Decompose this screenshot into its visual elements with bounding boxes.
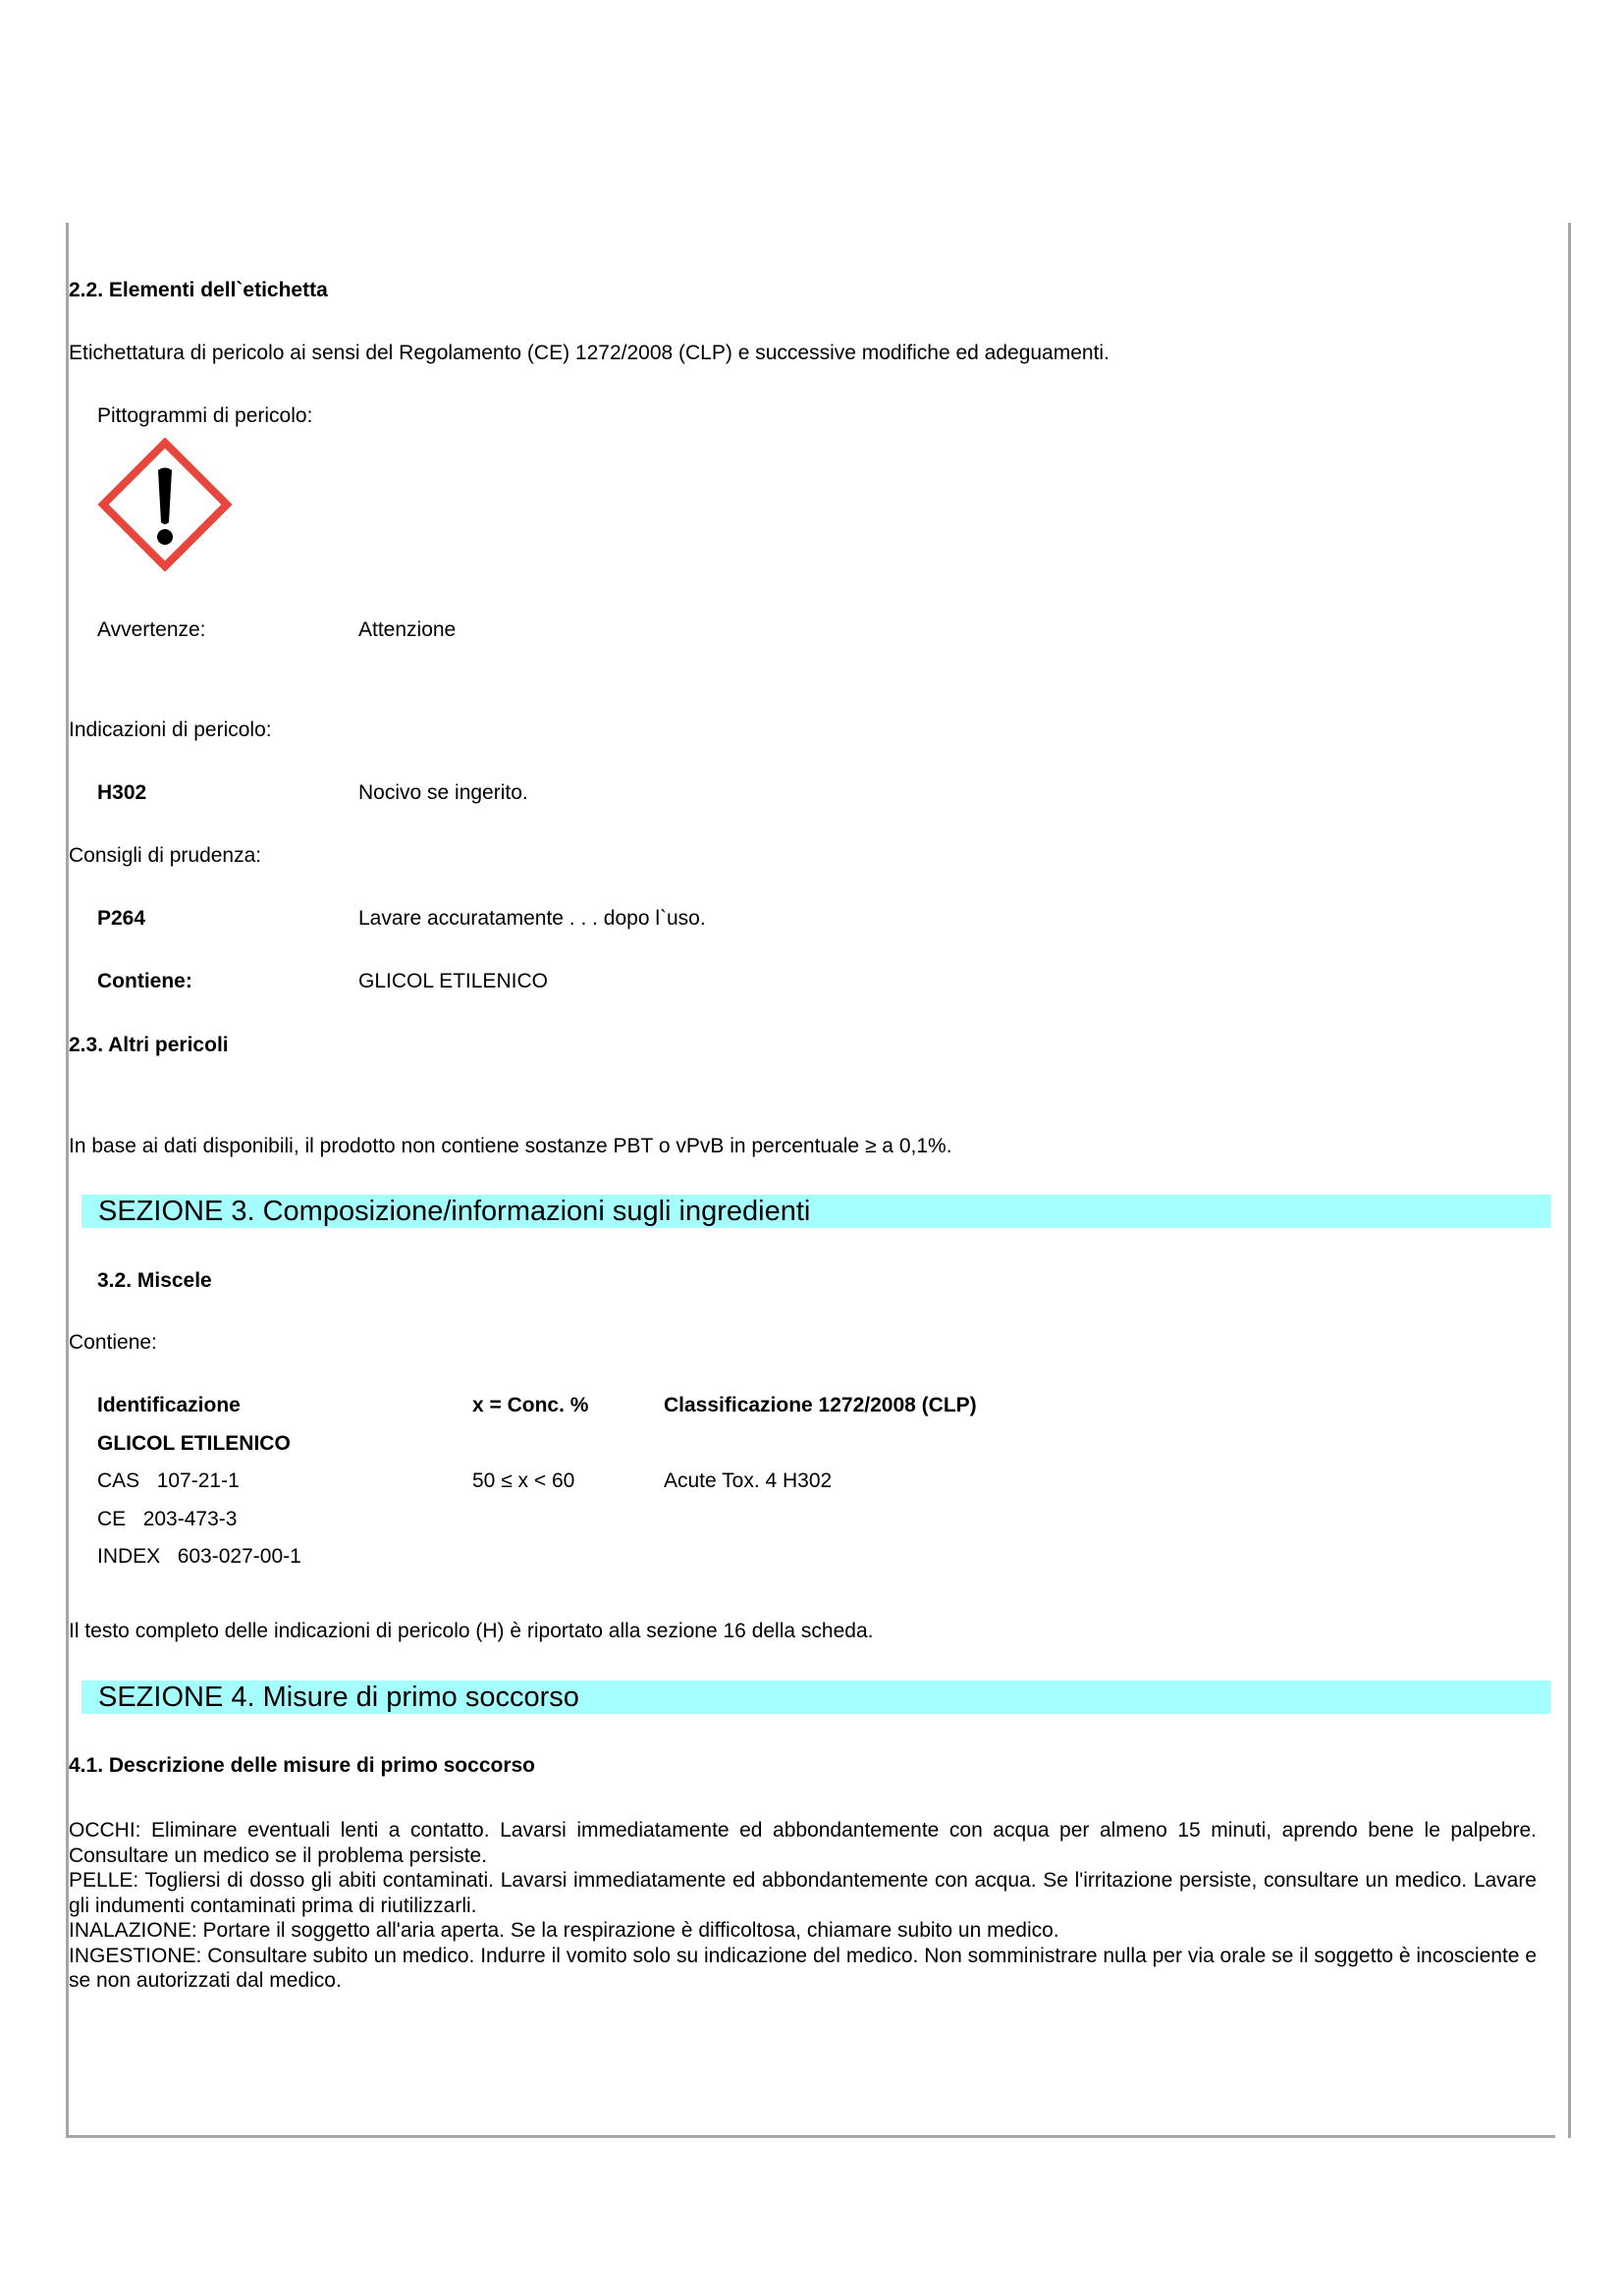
classification-value: Acute Tox. 4 H302 bbox=[664, 1468, 832, 1494]
substance-name: GLICOL ETILENICO bbox=[97, 1431, 291, 1457]
table-row: CAS 107-21-1 bbox=[97, 1468, 240, 1494]
page-frame-bottom-border bbox=[68, 2135, 1555, 2138]
table-header-concentration: x = Conc. % bbox=[472, 1393, 588, 1418]
subsection-heading-2-3: 2.3. Altri pericoli bbox=[69, 1033, 229, 1058]
precautionary-label: Consigli di prudenza: bbox=[69, 843, 261, 869]
hazard-statements-label: Indicazioni di pericolo: bbox=[69, 718, 272, 743]
identifier-type: CE bbox=[97, 1508, 126, 1530]
subsection-heading-2-2: 2.2. Elementi dell`etichetta bbox=[69, 278, 328, 303]
identifier-value: 203-473-3 bbox=[143, 1508, 238, 1530]
first-aid-skin: PELLE: Togliersi di dosso gli abiti cont… bbox=[69, 1868, 1537, 1918]
table-header-classification: Classificazione 1272/2008 (CLP) bbox=[664, 1393, 977, 1418]
first-aid-ingestion: INGESTIONE: Consultare subito un medico.… bbox=[69, 1944, 1537, 1994]
contains-label: Contiene: bbox=[97, 969, 192, 994]
table-row: CE 203-473-3 bbox=[97, 1507, 237, 1532]
identifier-value: 603-027-00-1 bbox=[178, 1545, 301, 1568]
precautionary-text: Lavare accuratamente . . . dopo l`uso. bbox=[358, 906, 706, 932]
pbt-statement: In base ai dati disponibili, il prodotto… bbox=[69, 1134, 952, 1159]
section-4-title: SEZIONE 4. Misure di primo soccorso bbox=[98, 1681, 579, 1714]
subsection-heading-3-2: 3.2. Miscele bbox=[97, 1268, 212, 1294]
exclamation-mark-pictogram-icon bbox=[98, 438, 232, 571]
labeling-intro: Etichettatura di pericolo ai sensi del R… bbox=[69, 341, 1110, 366]
table-header-identification: Identificazione bbox=[97, 1393, 241, 1418]
precautionary-code: P264 bbox=[97, 906, 145, 932]
section-4-header-bar: SEZIONE 4. Misure di primo soccorso bbox=[81, 1681, 1550, 1714]
signal-word-label: Avvertenze: bbox=[97, 617, 206, 643]
hazard-text: Nocivo se ingerito. bbox=[358, 780, 528, 806]
table-row: INDEX 603-027-00-1 bbox=[97, 1544, 301, 1570]
mixture-contains-label: Contiene: bbox=[69, 1330, 157, 1356]
identifier-value: 107-21-1 bbox=[157, 1469, 240, 1492]
page-frame-right-border bbox=[1568, 223, 1571, 2138]
first-aid-measures: OCCHI: Eliminare eventuali lenti a conta… bbox=[69, 1818, 1537, 1994]
concentration-value: 50 ≤ x < 60 bbox=[472, 1468, 574, 1494]
section-3-footnote: Il testo completo delle indicazioni di p… bbox=[69, 1619, 873, 1644]
first-aid-inhalation: INALAZIONE: Portare il soggetto all'aria… bbox=[69, 1918, 1537, 1944]
section-3-header-bar: SEZIONE 3. Composizione/informazioni sug… bbox=[81, 1195, 1550, 1228]
hazard-code: H302 bbox=[97, 780, 146, 806]
identifier-type: CAS bbox=[97, 1469, 139, 1492]
identifier-type: INDEX bbox=[97, 1545, 160, 1568]
signal-word-value: Attenzione bbox=[358, 617, 456, 643]
section-3-title: SEZIONE 3. Composizione/informazioni sug… bbox=[98, 1195, 810, 1228]
contains-value: GLICOL ETILENICO bbox=[358, 969, 548, 994]
subsection-heading-4-1: 4.1. Descrizione delle misure di primo s… bbox=[69, 1753, 535, 1779]
first-aid-eyes: OCCHI: Eliminare eventuali lenti a conta… bbox=[69, 1818, 1537, 1868]
pictograms-label: Pittogrammi di pericolo: bbox=[97, 403, 312, 429]
